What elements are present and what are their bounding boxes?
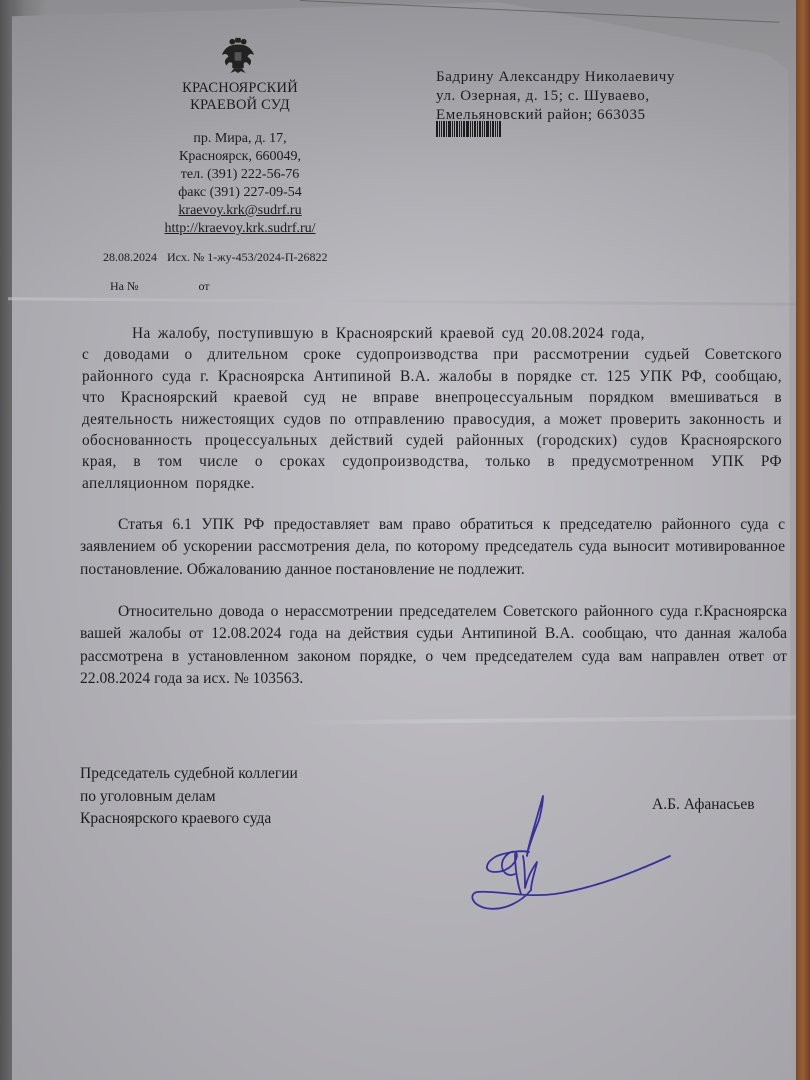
reply-reference: На №от	[110, 279, 210, 294]
outgoing-reference: 28.08.2024Исх. № 1-жу-453/2024-П-26822	[103, 250, 328, 265]
court-city: Красноярск, 660049,	[130, 148, 350, 166]
outgoing-number: Исх. № 1-жу-453/2024-П-26822	[167, 250, 328, 264]
reply-from-label: от	[198, 279, 209, 294]
paragraph-1-rest: с доводами о длительном сроке судопроизв…	[82, 346, 782, 491]
court-website-link[interactable]: http://kraevoy.krk.sudrf.ru/	[130, 220, 350, 238]
paragraph-1-first-line: На жалобу, поступившую в Красноярский кр…	[82, 323, 782, 344]
court-address: пр. Мира, д. 17, Красноярск, 660049, тел…	[130, 130, 350, 238]
wooden-table-edge	[796, 0, 810, 1080]
body-paragraph-2: Статья 6.1 УПК РФ предоставляет вам прав…	[80, 514, 785, 581]
signer-title-line2: по уголовным делам	[80, 786, 298, 809]
russian-coat-of-arms-icon	[219, 36, 257, 74]
court-phone: тел. (391) 222-56-76	[130, 166, 350, 184]
signer-title: Председатель судебной коллегии по уголов…	[80, 763, 298, 831]
body-paragraph-3: Относительно довода о нерассмотрении пре…	[80, 601, 787, 690]
recipient-name: Бадрину Александру Николаевичу	[436, 68, 675, 87]
court-name-line1: КРАСНОЯРСКИЙ	[150, 80, 330, 97]
court-name-line2: КРАЕВОЙ СУД	[150, 97, 330, 114]
reply-to-label: На №	[110, 279, 138, 293]
document-photo: КРАСНОЯРСКИЙ КРАЕВОЙ СУД пр. Мира, д. 17…	[0, 0, 810, 1080]
signer-title-line3: Красноярского краевого суда	[80, 808, 298, 831]
court-fax: факс (391) 227-09-54	[130, 184, 350, 202]
recipient-block: Бадрину Александру Николаевичу ул. Озерн…	[436, 68, 675, 125]
outgoing-date: 28.08.2024	[103, 250, 157, 264]
court-name: КРАСНОЯРСКИЙ КРАЕВОЙ СУД	[150, 80, 330, 114]
recipient-address-line1: ул. Озерная, д. 15; с. Шуваево,	[436, 87, 675, 106]
body-paragraph-1: На жалобу, поступившую в Красноярский кр…	[82, 323, 782, 494]
signer-title-line1: Председатель судебной коллегии	[80, 763, 298, 786]
handwritten-signature-icon	[465, 790, 675, 920]
signer-name: А.Б. Афанасьев	[652, 796, 755, 814]
barcode-icon	[436, 121, 504, 137]
court-email-link[interactable]: kraevoy.krk@sudrf.ru	[130, 202, 350, 220]
court-street: пр. Мира, д. 17,	[130, 130, 350, 148]
